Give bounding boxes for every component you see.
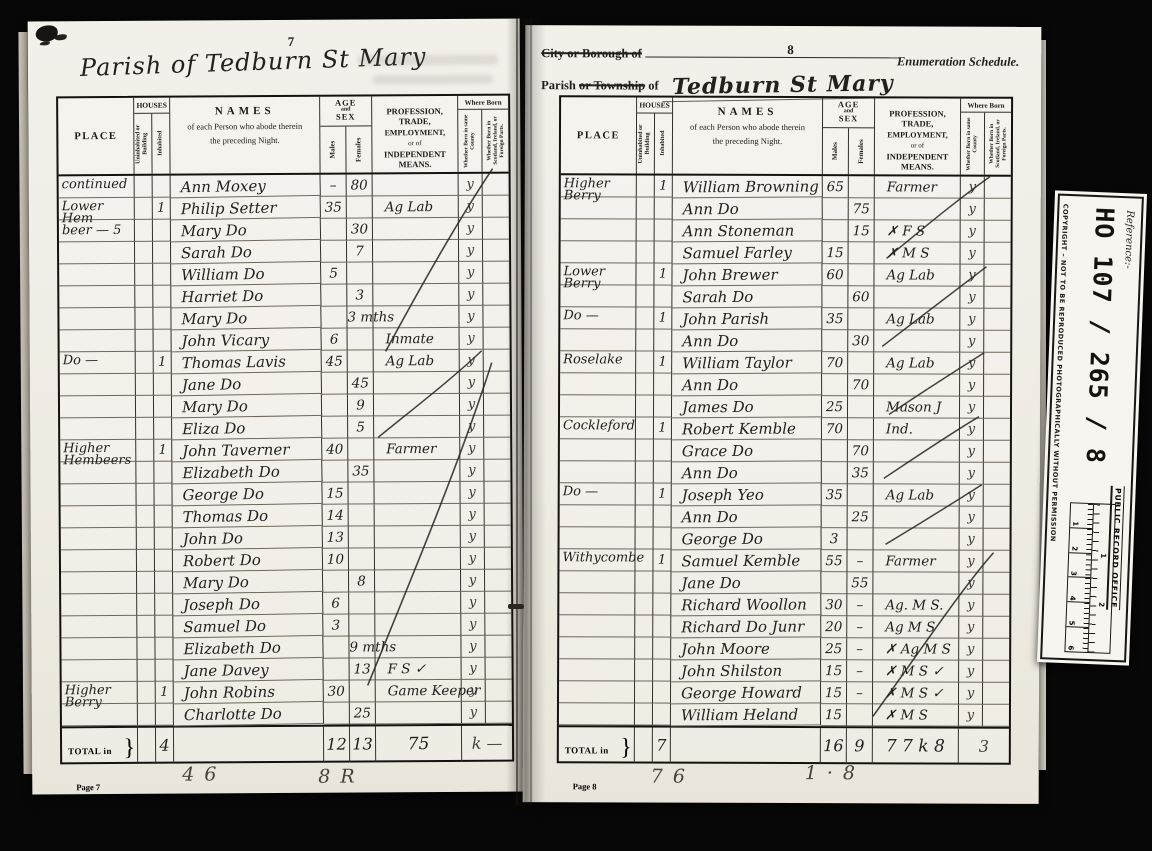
born-elsewhere-cell <box>984 463 1010 485</box>
census-row: Ann Do70y <box>560 373 1010 397</box>
age-female-cell: 7 <box>347 240 373 262</box>
name-cell: Charlotte Do <box>174 702 324 726</box>
age-male-cell: 25 <box>821 638 847 660</box>
house-uninhabited-cell <box>136 418 154 440</box>
house-uninhabited-cell <box>636 439 654 461</box>
house-inhabited-cell: 1 <box>154 352 172 374</box>
born-county-tick: y <box>460 482 484 504</box>
age-male-cell <box>822 506 848 528</box>
stamp-frame: Reference:- HO 107 / 265 / 8 PUBLIC RECO… <box>1040 194 1144 663</box>
profession-cell <box>373 306 459 329</box>
born-elsewhere-cell <box>984 441 1010 463</box>
house-uninhabited-cell <box>138 660 156 682</box>
name-cell: Ann Do <box>672 505 822 528</box>
name-cell: George Howard <box>671 681 821 704</box>
profession-line: PROFESSION, TRADE, <box>875 108 960 128</box>
profession-cell <box>874 286 960 308</box>
parish-heading-prefix: Parish of <box>80 50 197 82</box>
born-county-tick: y <box>461 548 485 570</box>
age-male-cell: 14 <box>323 505 349 527</box>
born-county-tick: y <box>959 639 983 661</box>
house-inhabited-cell <box>654 506 672 528</box>
house-uninhabited-cell <box>137 638 155 660</box>
age-male-cell <box>323 637 349 659</box>
profession-cell <box>373 240 459 263</box>
where-born-header: Where Born <box>961 99 1011 113</box>
total-born-note: k — <box>462 726 512 762</box>
place-cell <box>60 462 136 484</box>
born-elsewhere-cell <box>983 705 1009 727</box>
born-elsewhere-cell <box>983 683 1009 705</box>
house-uninhabited-cell <box>635 549 653 571</box>
born-elsewhere-cell <box>984 353 1010 375</box>
place-cell <box>61 638 137 660</box>
house-inhabited-cell <box>655 242 673 264</box>
name-cell: Joseph Yeo <box>672 483 822 506</box>
age-male-cell: 15 <box>322 483 348 505</box>
house-inhabited-cell <box>654 396 672 418</box>
place-cell <box>559 703 635 725</box>
age-female-cell: 25 <box>350 702 376 724</box>
place-cell <box>59 286 135 308</box>
name-cell: Samuel Do <box>173 614 323 638</box>
ruler-cm-cell: 5 <box>1066 602 1089 628</box>
census-row: Ann Stoneman15✗ F Sy <box>561 219 1011 243</box>
place-cell <box>559 659 635 681</box>
house-uninhabited-cell <box>137 550 155 572</box>
born-elsewhere-cell <box>985 199 1011 221</box>
total-females: 9 <box>847 728 873 764</box>
house-inhabited-cell <box>154 462 172 484</box>
age-male-cell: 65 <box>823 176 849 198</box>
profession-cell <box>374 482 460 505</box>
born-county-tick: y <box>960 463 984 485</box>
place-cell <box>61 594 137 616</box>
age-male-cell <box>321 219 347 241</box>
profession-cell <box>375 526 461 549</box>
age-male-cell: 3 <box>822 528 848 550</box>
age-female-cell <box>349 526 375 548</box>
column-header-inhabited: Inhabited <box>654 114 672 174</box>
profession-cell <box>373 174 459 197</box>
profession-line: EMPLOYMENT, <box>875 130 960 139</box>
house-inhabited-cell <box>155 638 173 660</box>
name-cell: Ann Moxey <box>170 174 320 198</box>
name-cell: John Vicary <box>171 328 321 352</box>
place-cell <box>60 484 136 506</box>
profession-line: EMPLOYMENT, <box>372 128 457 138</box>
name-cell: George Do <box>172 482 322 506</box>
house-uninhabited-cell <box>636 373 654 395</box>
age-female-cell <box>347 262 373 284</box>
inhabited-label: Inhabited <box>157 131 164 156</box>
house-inhabited-cell <box>653 572 671 594</box>
parish-label: Parish <box>541 78 576 92</box>
column-header-females: Females <box>346 126 372 172</box>
profession-cell <box>873 572 959 594</box>
house-uninhabited-cell <box>636 417 654 439</box>
census-row: Mary Do8y <box>61 570 511 595</box>
house-uninhabited-cell <box>135 220 153 242</box>
females-label: Females <box>857 139 865 164</box>
age-female-cell: – <box>847 638 873 660</box>
profession-cell: ✗ M S ✓ <box>873 660 959 682</box>
age-female-cell: 45 <box>348 372 374 394</box>
profession-cell <box>375 504 461 527</box>
age-male-cell <box>322 417 348 439</box>
profession-cell <box>874 440 960 462</box>
place-cell <box>60 374 136 396</box>
age-female-cell: – <box>847 550 873 572</box>
house-uninhabited-cell <box>136 396 154 418</box>
census-row: Eliza Do5y <box>60 416 510 441</box>
house-uninhabited-cell <box>635 615 653 637</box>
house-inhabited-cell <box>155 572 173 594</box>
pencil-annotation: 7 6 <box>651 766 687 788</box>
age-female-cell: 60 <box>848 286 874 308</box>
reference-label: Reference:- <box>1122 210 1135 269</box>
blank-rule <box>645 46 900 59</box>
age-male-cell: 30 <box>821 594 847 616</box>
females-label: Females <box>355 137 363 162</box>
census-row: Lower Hem beer — 51Philip Setter35Ag Lab… <box>59 196 509 221</box>
profession-cell <box>874 506 960 528</box>
census-row: Higher Berry1John Robins30Game Keepery <box>62 680 512 705</box>
born-county-tick: y <box>462 658 486 680</box>
place-cell: Withycombe <box>559 549 635 571</box>
profession-cell <box>874 330 960 352</box>
born-county-label: Whether Born in same County <box>966 113 979 175</box>
born-elsewhere-cell <box>984 331 1010 353</box>
sex-label: SEX <box>320 112 371 120</box>
born-elsewhere-cell <box>984 309 1010 331</box>
born-county-tick: y <box>959 617 983 639</box>
born-elsewhere-cell <box>985 221 1011 243</box>
house-inhabited-cell <box>154 396 172 418</box>
place-cell <box>559 593 635 615</box>
house-uninhabited-cell <box>636 285 654 307</box>
names-subtitle: the preceding Night. <box>170 135 319 146</box>
house-inhabited-cell <box>154 330 172 352</box>
age-female-cell <box>349 592 375 614</box>
census-row: Withycombe1Samuel Kemble55–Farmery <box>559 549 1009 573</box>
age-female-cell: 3 <box>347 284 373 306</box>
born-elsewhere-cell <box>984 485 1010 507</box>
name-cell: Eliza Do <box>172 416 322 440</box>
house-inhabited-cell <box>655 198 673 220</box>
born-elsewhere-cell <box>984 529 1010 551</box>
house-uninhabited-cell <box>135 286 153 308</box>
house-uninhabited-cell <box>635 703 653 725</box>
born-elsewhere-cell <box>984 375 1010 397</box>
place-cell <box>560 505 636 527</box>
profession-cell: ✗ Ag M S <box>873 638 959 660</box>
born-county-tick: y <box>961 177 985 199</box>
house-uninhabited-cell <box>636 395 654 417</box>
name-cell: Samuel Farley <box>672 241 822 264</box>
census-row: Sarah Do7y <box>59 240 509 265</box>
house-inhabited-cell <box>153 264 171 286</box>
place-cell <box>61 528 137 550</box>
names-subtitle: the preceding Night. <box>673 136 822 147</box>
house-uninhabited-cell <box>136 374 154 396</box>
born-county-tick: y <box>961 221 985 243</box>
census-row: Mary Do3 mthsy <box>59 306 509 331</box>
born-county-tick: y <box>459 218 483 240</box>
age-male-cell <box>324 659 350 681</box>
age-male-cell <box>321 241 347 263</box>
names-title: NAMES <box>673 106 822 119</box>
born-county-tick: y <box>460 438 484 460</box>
born-county-tick: y <box>960 309 984 331</box>
census-row: Mary Do9y <box>60 394 510 419</box>
profession-cell: Farmer <box>374 438 460 461</box>
column-header-born-elsewhere: Whether Born in Scotland, Ireland, or Fo… <box>985 113 1011 175</box>
column-group-houses: HOUSESUninhabited or BuildingInhabited <box>134 98 170 174</box>
age-male-cell <box>823 220 849 242</box>
age-female-cell <box>349 504 375 526</box>
column-group-houses: HOUSESUninhabited or BuildingInhabited <box>637 97 673 173</box>
census-page-7: 7 Parish of Tedburn St Mary PLACEHOUSESU… <box>28 19 525 795</box>
house-uninhabited-cell <box>135 242 153 264</box>
age-female-cell <box>348 482 374 504</box>
born-county-tick: y <box>459 240 483 262</box>
house-inhabited-cell <box>654 286 672 308</box>
census-row: John Shilston15–✗ M S ✓y <box>559 659 1009 683</box>
uninhabited-label: Uninhabited or Building <box>136 114 150 174</box>
total-row: TOTAL inPage 7}4121375k — <box>62 724 512 763</box>
place-cell: Do — <box>560 483 636 505</box>
parish-township-line: Parish or Township of Tedburn St Mary <box>541 69 919 98</box>
age-female-cell: 70 <box>848 374 874 396</box>
age-female-cell <box>848 264 874 286</box>
ruler-cm-cell: 4 <box>1067 578 1090 604</box>
profession-cell <box>375 548 461 571</box>
born-county-tick: y <box>459 174 483 196</box>
column-header-uninhabited: Uninhabited or Building <box>637 113 655 173</box>
census-row: Harriet Do3y <box>59 284 509 309</box>
house-inhabited-cell <box>153 220 171 242</box>
house-uninhabited-cell <box>635 637 653 659</box>
place-cell <box>560 527 636 549</box>
born-county-tick: y <box>959 551 983 573</box>
born-county-tick: y <box>461 636 485 658</box>
age-female-cell <box>848 418 874 440</box>
uninhabited-label: Uninhabited or Building <box>638 113 652 173</box>
place-cell <box>561 197 637 219</box>
house-uninhabited-cell <box>137 594 155 616</box>
place-cell <box>560 439 636 461</box>
name-cell: John Parish <box>672 307 822 330</box>
census-row: Do —1Thomas Lavis45Ag Laby <box>60 350 510 375</box>
born-county-tick: y <box>461 570 485 592</box>
census-row: Higher Berry1William Browning65Farmery <box>561 175 1011 199</box>
profession-cell <box>373 218 459 241</box>
census-row: Elizabeth Do35y <box>60 460 510 485</box>
names-subtitle: of each Person who abode therein <box>673 122 822 133</box>
enumeration-table-page7: PLACEHOUSESUninhabited or BuildingInhabi… <box>28 19 520 22</box>
born-elsewhere-cell <box>985 177 1011 199</box>
name-cell: Mary Do <box>173 570 323 594</box>
house-inhabited-cell <box>653 660 671 682</box>
column-group-age-sex: AGEandSEXMalesFemales <box>320 96 372 172</box>
profession-cell: ✗ M S <box>873 704 959 726</box>
profession-cell: Farmer <box>875 176 961 198</box>
born-county-tick: y <box>460 394 484 416</box>
name-cell: Grace Do <box>672 439 822 462</box>
houses-header: HOUSES <box>134 98 169 114</box>
house-inhabited-cell <box>653 638 671 660</box>
place-cell <box>60 330 136 352</box>
born-county-tick: y <box>460 350 484 372</box>
name-cell: Harriet Do <box>171 284 321 308</box>
born-county-tick: y <box>460 372 484 394</box>
name-cell: John Taverner <box>172 438 322 462</box>
name-cell: John Moore <box>671 637 821 660</box>
profession-cell: Game Keeper <box>376 680 462 703</box>
age-female-cell <box>848 308 874 330</box>
column-header-uninhabited: Uninhabited or Building <box>134 114 152 174</box>
born-elsewhere-cell <box>984 507 1010 529</box>
house-uninhabited-cell <box>636 351 654 373</box>
place-cell: continued <box>59 176 135 198</box>
census-row: George Do15y <box>60 482 510 507</box>
place-cell <box>61 572 137 594</box>
age-male-cell: 15 <box>821 682 847 704</box>
name-cell: George Do <box>671 527 821 550</box>
column-header-born-county: Whether Born in same County <box>458 110 482 172</box>
ruler-cm-number: 3 <box>1069 571 1077 576</box>
born-county-tick: y <box>960 507 984 529</box>
house-inhabited-cell: 1 <box>654 418 672 440</box>
ruler-cm-number: 4 <box>1068 596 1076 601</box>
born-elsewhere-cell <box>983 551 1009 573</box>
age-male-cell: 3 <box>323 615 349 637</box>
house-uninhabited-cell <box>637 241 655 263</box>
age-female-cell: 35 <box>348 460 374 482</box>
names-title: NAMES <box>170 105 319 118</box>
age-female-cell: – <box>847 660 873 682</box>
house-uninhabited-cell <box>138 704 156 726</box>
born-county-tick: y <box>459 284 483 306</box>
census-row: Thomas Do14y <box>61 504 511 529</box>
age-male-cell: 35 <box>321 197 347 219</box>
name-cell: Philip Setter <box>171 196 321 220</box>
census-row: Joseph Do6y <box>61 592 511 617</box>
column-header-names: NAMESof each Person who abode thereinthe… <box>673 98 823 175</box>
name-cell: Thomas Lavis <box>172 350 322 374</box>
age-male-cell <box>324 703 350 725</box>
profession-cell: Ag Lab <box>874 484 960 506</box>
pro-reference-stamp: Reference:- HO 107 / 265 / 8 PUBLIC RECO… <box>1037 190 1147 665</box>
profession-cell: ✗ F S <box>875 220 961 242</box>
name-cell: James Do <box>672 395 822 418</box>
census-row: Elizabeth Do9 mthsy <box>61 636 511 661</box>
age-female-cell: 35 <box>848 462 874 484</box>
name-cell: Ann Do <box>673 197 823 220</box>
house-inhabited-cell <box>653 594 671 616</box>
census-row: continuedAnn Moxey–80y <box>59 174 509 199</box>
age-male-cell: 10 <box>323 549 349 571</box>
age-male-cell <box>822 330 848 352</box>
pencil-annotation: 8 R <box>318 766 357 788</box>
age-male-cell: 70 <box>822 418 848 440</box>
total-profession-note: 75 <box>376 726 462 763</box>
binding-stitch <box>508 604 524 609</box>
age-female-cell <box>849 176 875 198</box>
census-row: Ann Do35y <box>560 461 1010 485</box>
house-inhabited-cell <box>153 286 171 308</box>
name-cell: Jane Do <box>172 372 322 396</box>
ruler-cm-cell: 1 <box>1070 503 1093 529</box>
age-male-cell: 25 <box>822 396 848 418</box>
census-row: Jane Do45y <box>60 372 510 397</box>
house-uninhabited-cell <box>636 505 654 527</box>
place-cell: Higher Hembeers <box>60 440 136 462</box>
age-male-cell: 30 <box>324 681 350 703</box>
house-inhabited-cell <box>654 528 672 550</box>
column-header-males: Males <box>320 127 346 173</box>
column-group-where-born: Where BornWhether Born in same CountyWhe… <box>961 99 1011 175</box>
born-county-tick: y <box>960 287 984 309</box>
enumeration-schedule-label: Enumeration Schedule. <box>897 54 1019 69</box>
age-male-cell <box>822 286 848 308</box>
column-group-age-sex: AGEandSEXMalesFemales <box>823 98 875 174</box>
house-uninhabited-cell <box>138 682 156 704</box>
total-females: 13 <box>350 726 376 762</box>
profession-cell: Ag Lab <box>874 264 960 286</box>
ink-blot <box>36 25 58 41</box>
age-male-cell: 20 <box>821 616 847 638</box>
profession-cell <box>374 394 460 417</box>
column-header-place: PLACE <box>561 97 637 173</box>
pencil-annotation: 4 6 <box>182 763 218 785</box>
name-cell: Mary Do <box>171 218 321 242</box>
house-inhabited-cell: 1 <box>156 682 174 704</box>
profession-cell <box>874 374 960 396</box>
born-county-tick: y <box>460 416 484 438</box>
profession-line: or of <box>875 141 960 149</box>
age-male-cell: 40 <box>322 439 348 461</box>
census-row: Robert Do10y <box>61 548 511 573</box>
names-subtitle: of each Person who abode therein <box>170 121 319 132</box>
place-header-label: PLACE <box>577 130 620 141</box>
age-male-cell: 15 <box>821 704 847 726</box>
born-county-tick: y <box>461 526 485 548</box>
total-label-line2: Page 8 <box>565 768 634 804</box>
census-row: Ann Do30y <box>560 329 1010 353</box>
census-row: Richard Woollon30–Ag. M S.y <box>559 593 1009 617</box>
age-male-cell: 13 <box>323 527 349 549</box>
census-row: Ann Do25y <box>560 505 1010 529</box>
name-cell: Robert Do <box>173 548 323 572</box>
born-county-tick: y <box>959 705 983 727</box>
house-uninhabited-cell <box>137 528 155 550</box>
house-inhabited-cell <box>155 594 173 616</box>
age-female-cell: 30 <box>848 330 874 352</box>
age-female-cell: 25 <box>848 506 874 528</box>
born-county-tick: y <box>959 573 983 595</box>
profession-cell: F S ✓ <box>376 658 462 681</box>
house-uninhabited-cell <box>635 659 653 681</box>
profession-cell <box>374 460 460 483</box>
census-row: Samuel Do3y <box>61 614 511 639</box>
name-cell: Richard Woollon <box>671 593 821 616</box>
age-female-cell <box>349 614 375 636</box>
house-inhabited-cell <box>155 550 173 572</box>
profession-cell: ✗ M S <box>875 242 961 264</box>
age-female-cell: – <box>847 616 873 638</box>
